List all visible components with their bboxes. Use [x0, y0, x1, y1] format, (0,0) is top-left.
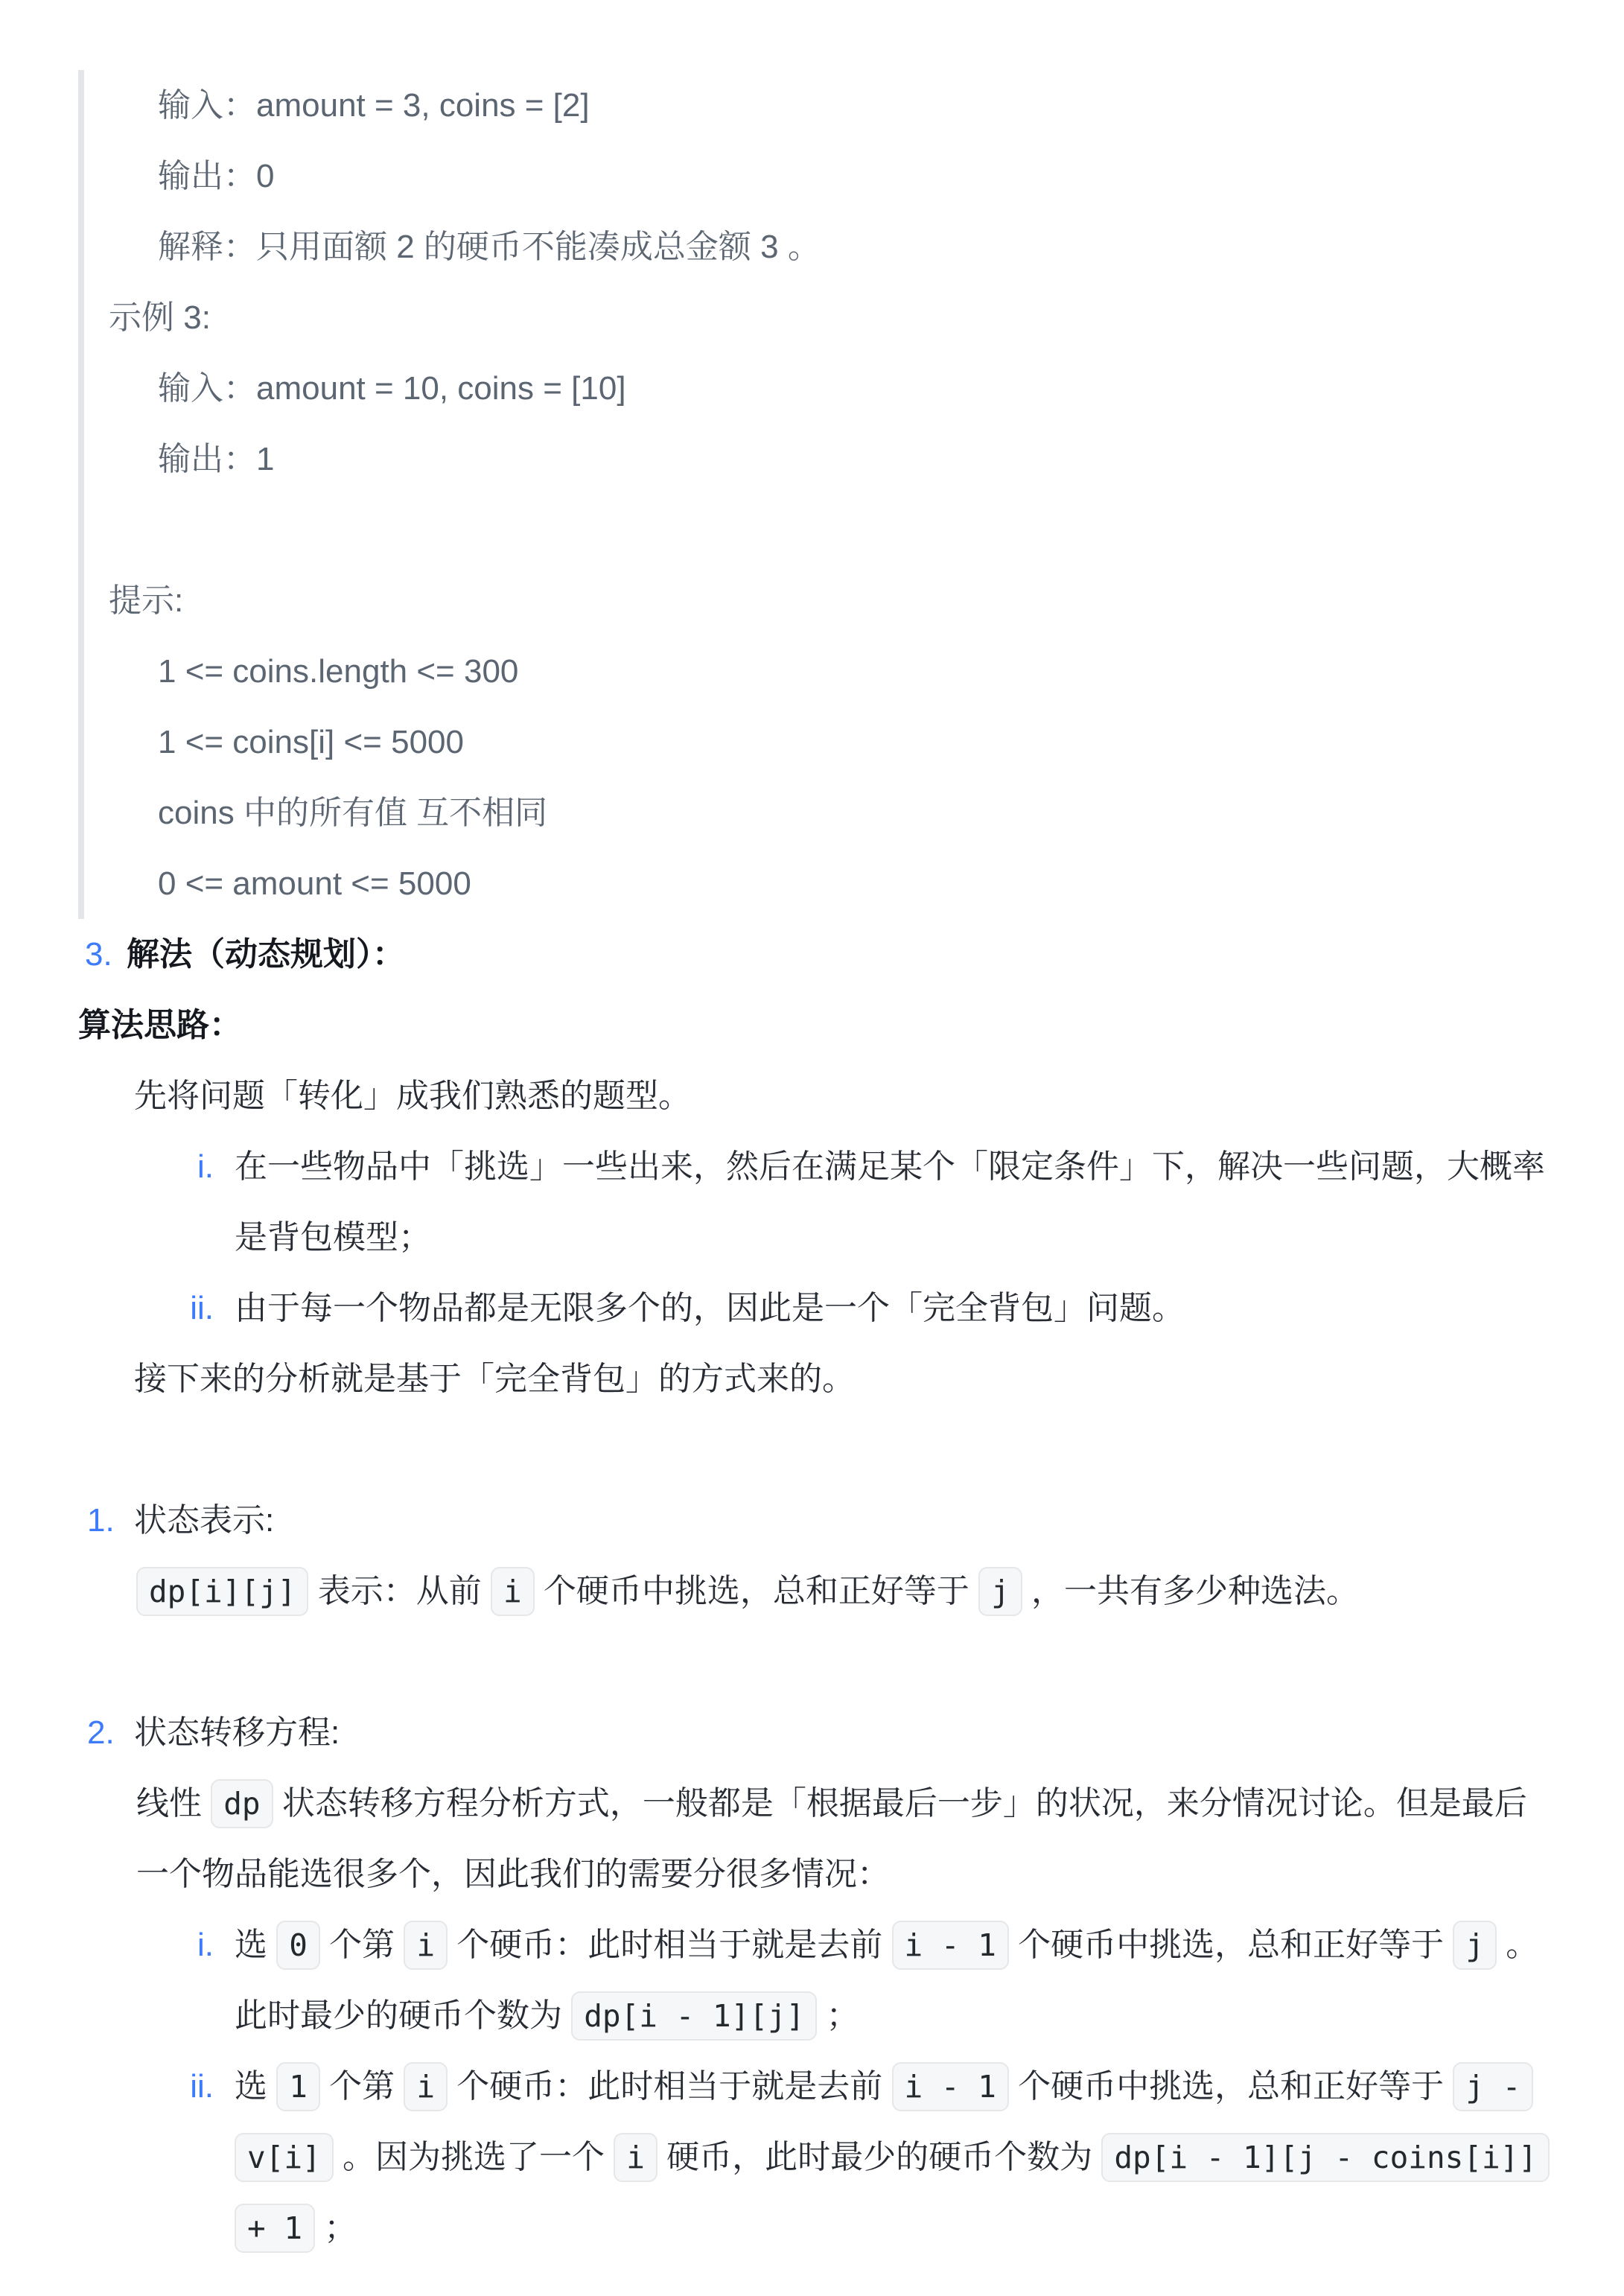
- observation-item: ii. 由于每一个物品都是无限多个的，因此是一个「完全背包」问题。: [134, 1273, 1550, 1343]
- case-item: ii. 选 1 个第 i 个硬币：此时相当于就是去前 i - 1 个硬币中挑选，…: [136, 2051, 1550, 2263]
- inline-code: dp[i - 1][j]: [571, 1991, 817, 2041]
- inline-code: i - 1: [892, 2062, 1009, 2111]
- constraint-line: 1 <= coins[i] <= 5000: [158, 707, 1550, 777]
- case-text: 选 1 个第 i 个硬币：此时相当于就是去前 i - 1 个硬币中挑选，总和正好…: [235, 2051, 1550, 2263]
- idea-heading: 算法思路：: [78, 990, 1550, 1060]
- inline-code: i: [491, 1567, 535, 1616]
- examples-blockquote: 输入：amount = 3, coins = [2] 输出：0 解释：只用面额 …: [78, 70, 1550, 919]
- text-segment: 选: [235, 1927, 276, 1963]
- solution-heading-row: 3. 解法（动态规划）：: [78, 919, 1550, 990]
- inline-code: i: [614, 2133, 657, 2182]
- example3-input-line: 输入：amount = 10, coins = [10]: [158, 353, 1550, 424]
- inline-code: i: [404, 1921, 448, 1970]
- observation-item: i. 在一些物品中「挑选」一些出来，然后在满足某个「限定条件」下，解决一些问题，…: [134, 1131, 1550, 1273]
- text-segment: 个硬币中挑选，总和正好等于: [1009, 2068, 1453, 2105]
- text-segment: 状态转移方程分析方式，一般都是「根据最后一步」的状况，来分情况讨论。但是最后一个…: [136, 1785, 1527, 1892]
- case-item: i. 选 0 个第 i 个硬币：此时相当于就是去前 i - 1 个硬币中挑选，总…: [136, 1909, 1550, 2051]
- text-segment: ；: [315, 2210, 357, 2246]
- blank-line: [109, 495, 1550, 565]
- step-number: 2.: [78, 1697, 134, 1768]
- step-body: 线性 dp 状态转移方程分析方式，一般都是「根据最后一步」的状况，来分情况讨论。…: [136, 1768, 1550, 2263]
- inline-code: j: [978, 1567, 1022, 1616]
- text-segment: ；: [817, 1997, 859, 2034]
- case-text: 选 0 个第 i 个硬币：此时相当于就是去前 i - 1 个硬币中挑选，总和正好…: [235, 1909, 1550, 2051]
- text-segment: 个硬币：此时相当于就是去前: [448, 2068, 891, 2105]
- step-heading-row: 2. 状态转移方程:: [78, 1697, 1550, 1768]
- step-body-paragraph: dp[i][j] 表示：从前 i 个硬币中挑选，总和正好等于 j ，一共有多少种…: [136, 1556, 1550, 1626]
- inline-code: i - 1: [892, 1921, 1009, 1970]
- hint-label: 提示:: [109, 565, 1550, 636]
- example2-input-line: 输入：amount = 3, coins = [2]: [158, 70, 1550, 141]
- step-title: 状态表示:: [134, 1485, 1550, 1556]
- constraint-line: 0 <= amount <= 5000: [158, 848, 1550, 919]
- inline-code: 0: [276, 1921, 320, 1970]
- inline-code: i: [404, 2062, 448, 2111]
- step-heading-row: 1. 状态表示:: [78, 1485, 1550, 1556]
- inline-code: dp[i][j]: [136, 1567, 308, 1616]
- text-segment: 个第: [320, 1927, 404, 1963]
- solution-number: 3.: [78, 919, 127, 990]
- text-segment: 个硬币中挑选，总和正好等于: [1009, 1927, 1453, 1963]
- constraint-line: 1 <= coins.length <= 300: [158, 636, 1550, 707]
- text-segment: 个硬币中挑选，总和正好等于: [535, 1573, 978, 1609]
- inline-code: 1: [276, 2062, 320, 2111]
- text-segment: 选: [235, 2068, 276, 2105]
- step-number: 1.: [78, 1485, 134, 1556]
- inline-code: j: [1453, 1921, 1497, 1970]
- text-segment: 线性: [136, 1785, 211, 1822]
- text-segment: 个硬币：此时相当于就是去前: [448, 1927, 891, 1963]
- blank-line: [78, 1626, 1550, 1697]
- case-marker: ii.: [136, 2051, 235, 2263]
- text-segment: ，一共有多少种选法。: [1022, 1573, 1359, 1609]
- article-page: 输入：amount = 3, coins = [2] 输出：0 解释：只用面额 …: [0, 0, 1624, 2296]
- example2-output-line: 输出：0: [158, 141, 1550, 212]
- observation-text: 由于每一个物品都是无限多个的，因此是一个「完全背包」问题。: [235, 1273, 1550, 1343]
- followup-paragraph: 接下来的分析就是基于「完全背包」的方式来的。: [134, 1343, 1550, 1414]
- blank-line: [78, 1414, 1550, 1485]
- text-segment: 表示：从前: [308, 1573, 490, 1609]
- constraint-line: coins 中的所有值 互不相同: [158, 777, 1550, 848]
- case-marker: i.: [136, 1909, 235, 2051]
- solution-title: 解法（动态规划）：: [127, 919, 1550, 990]
- observation-marker: ii.: [134, 1273, 235, 1343]
- text-segment: 个第: [320, 2068, 404, 2105]
- example3-output-line: 输出：1: [158, 424, 1550, 495]
- step-title: 状态转移方程:: [134, 1697, 1550, 1768]
- step-body-paragraph: 线性 dp 状态转移方程分析方式，一般都是「根据最后一步」的状况，来分情况讨论。…: [136, 1768, 1550, 1909]
- example2-explanation-line: 解释：只用面额 2 的硬币不能凑成总金额 3 。: [158, 212, 1550, 282]
- observation-text: 在一些物品中「挑选」一些出来，然后在满足某个「限定条件」下，解决一些问题，大概率…: [235, 1131, 1550, 1273]
- intro-paragraph: 先将问题「转化」成我们熟悉的题型。: [134, 1060, 1550, 1131]
- observation-marker: i.: [134, 1131, 235, 1273]
- text-segment: 硬币，此时最少的硬币个数为: [657, 2139, 1101, 2175]
- example3-label: 示例 3:: [109, 282, 1550, 353]
- text-segment: 。因为挑选了一个: [334, 2139, 614, 2175]
- inline-code: dp: [211, 1779, 273, 1828]
